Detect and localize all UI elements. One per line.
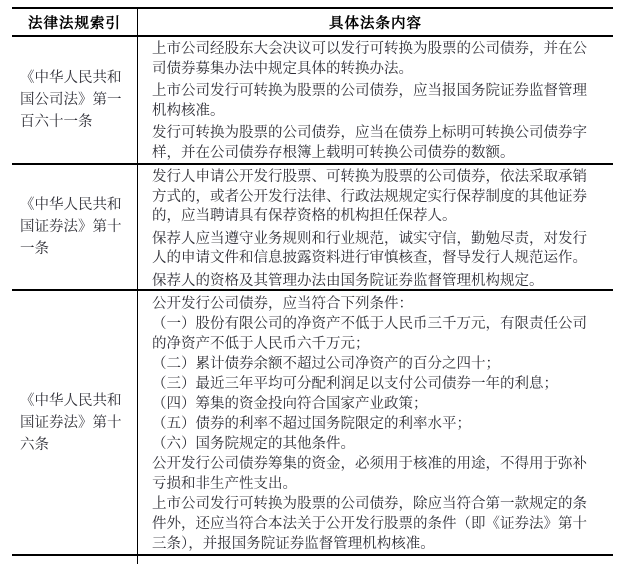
provision-paragraph: （六）国务院规定的其他条件。 [152,434,601,454]
header-cell-law-index: 法律法规索引 [12,9,138,37]
provision-cell-company-law-161: 上市公司经股东大会决议可以发行可转换为股票的公司债券，并在公司债券募集办法中规定… [138,37,613,165]
next-row-stub-right [138,556,613,564]
law-index-cell-securities-law-16: 《中华人民共和国证券法》第十六条 [12,291,138,556]
provision-paragraph: 发行可转换为股票的公司债券，应当在债券上标明可转换公司债券字样，并在公司债券存根… [152,124,601,163]
provision-paragraph: （三）最近三年平均可分配利润足以支付公司债券一年的利息； [152,374,601,394]
header-label-law-index: 法律法规索引 [28,12,121,33]
next-row-stub-left [12,556,138,564]
law-index-text: 《中华人民共和国证券法》第十六条 [20,390,129,456]
law-index-text: 《中华人民共和国公司法》第一百六十一条 [20,67,129,133]
header-label-provision-content: 具体法条内容 [329,12,422,33]
law-index-text: 《中华人民共和国证券法》第十一条 [20,194,129,260]
provision-paragraph: （二）累计债券余额不超过公司净资产的百分之四十； [152,354,601,374]
provision-paragraph: 上市公司经股东大会决议可以发行可转换为股票的公司债券，并在公司债券募集办法中规定… [152,40,601,79]
header-cell-provision-content: 具体法条内容 [138,9,613,37]
legal-provisions-table: 法律法规索引 具体法条内容 《中华人民共和国公司法》第一百六十一条 上市公司经股… [12,7,613,564]
law-index-cell-company-law-161: 《中华人民共和国公司法》第一百六十一条 [12,37,138,165]
law-index-cell-securities-law-11: 《中华人民共和国证券法》第十一条 [12,165,138,291]
document-page: { "page": { "background": "#ffffff", "te… [0,0,621,564]
provision-paragraph: 公开发行公司债券筹集的资金，必须用于核准的用途，不得用于弥补亏损和非生产性支出。 [152,454,601,494]
provision-paragraph: 保荐人的资格及其管理办法由国务院证券监督管理机构规定。 [152,272,601,292]
provision-cell-securities-law-11: 发行人申请公开发行股票、可转换为股票的公司债券，依法采取承销方式的，或者公开发行… [138,165,613,291]
provision-cell-securities-law-16: 公开发行公司债券，应当符合下列条件： （一）股份有限公司的净资产不低于人民币三千… [138,291,613,556]
provision-paragraph: 公开发行公司债券，应当符合下列条件： [152,294,601,314]
provision-paragraph: （五）债券的利率不超过国务院限定的利率水平； [152,414,601,434]
provision-paragraph: 保荐人应当遵守业务规则和行业规范，诚实守信，勤勉尽责，对发行人的申请文件和信息披… [152,230,601,269]
provision-paragraph: 上市公司发行可转换为股票的公司债券，应当报国务院证券监督管理机构核准。 [152,82,601,121]
provision-paragraph: （四）筹集的资金投向符合国家产业政策； [152,394,601,414]
provision-paragraph: （一）股份有限公司的净资产不低于人民币三千万元，有限责任公司的净资产不低于人民币… [152,314,601,354]
provision-paragraph: 发行人申请公开发行股票、可转换为股票的公司债券，依法采取承销方式的，或者公开发行… [152,168,601,227]
provision-paragraph: 上市公司发行可转换为股票的公司债券，除应当符合第一款规定的条件外，还应当符合本法… [152,494,601,554]
